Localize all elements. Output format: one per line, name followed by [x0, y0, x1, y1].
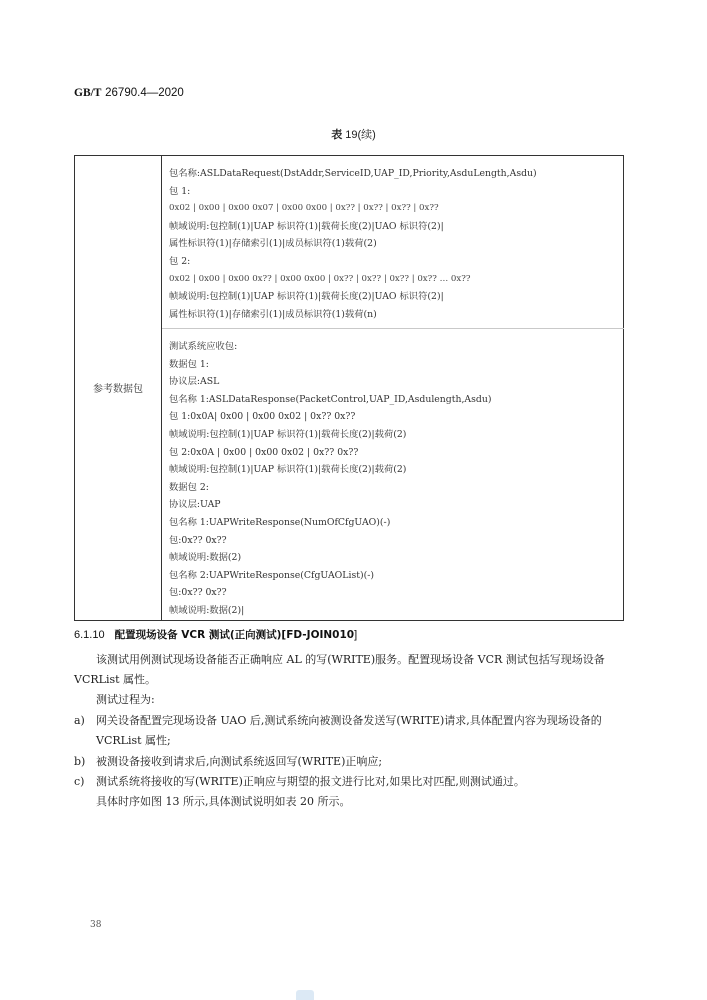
- standard-prefix: GB/T: [74, 87, 101, 99]
- request-block: 包名称:ASLDataRequest(DstAddr,ServiceID,UAP…: [162, 156, 624, 329]
- standard-number: 26790.4—2020: [105, 87, 184, 99]
- section-number: 6.1.10: [74, 629, 105, 641]
- step-marker: c): [74, 772, 84, 792]
- response-line: 协议层:ASL: [169, 373, 623, 391]
- response-line: 帧域说明:包控制(1)|UAP 标识符(1)|载荷长度(2)|载荷(2): [169, 426, 623, 444]
- response-line: 帧域说明:数据(2): [169, 549, 623, 567]
- response-line: 包:0x?? 0x??: [169, 532, 623, 550]
- request-line: 属性标识符(1)|存储索引(1)|成员标识符(1)载荷(2): [169, 235, 623, 253]
- response-line: 包名称 1:ASLDataResponse(PacketControl,UAP_…: [169, 391, 623, 409]
- request-line: 包 1:: [169, 183, 623, 201]
- request-line: 帧域说明:包控制(1)|UAP 标识符(1)|载荷长度(2)|UAO 标识符(2…: [169, 218, 623, 236]
- section-title-close: ]: [354, 629, 357, 641]
- response-line: 包名称 1:UAPWriteResponse(NumOfCfgUAO)(-): [169, 514, 623, 532]
- step-b: b) 被测设备接收到请求后,向测试系统返回写(WRITE)正响应;: [74, 752, 614, 772]
- table-caption: 表 19(续): [0, 126, 707, 142]
- section-code: FD-JOIN010: [286, 629, 354, 641]
- request-hex-line: 0x02 | 0x00 | 0x00 0x?? | 0x00 0x00 | 0x…: [169, 271, 623, 289]
- table-number: 19(续): [345, 129, 376, 141]
- response-line: 测试系统应收包:: [169, 338, 623, 356]
- request-hex-line: 0x02 | 0x00 | 0x00 0x07 | 0x00 0x00 | 0x…: [169, 200, 623, 218]
- step-a: a) 网关设备配置完现场设备 UAO 后,测试系统向被测设备发送写(WRITE)…: [74, 711, 614, 751]
- row-label-cell: 参考数据包: [75, 156, 162, 621]
- response-line: 协议层:UAP: [169, 496, 623, 514]
- request-line: 帧域说明:包控制(1)|UAP 标识符(1)|载荷长度(2)|UAO 标识符(2…: [169, 288, 623, 306]
- section-heading: 6.1.10配置现场设备 VCR 测试(正向测试)[FD-JOIN010]: [74, 627, 357, 642]
- request-line: 属性标识符(1)|存储索引(1)|成员标识符(1)载荷(n): [169, 306, 623, 324]
- table-row-request: 参考数据包 包名称:ASLDataRequest(DstAddr,Service…: [75, 156, 624, 329]
- response-line: 帧域说明:数据(2)|: [169, 602, 623, 620]
- step-text: 测试系统将接收的写(WRITE)正响应与期望的报文进行比对,如果比对匹配,则测试…: [96, 772, 614, 792]
- response-line: 包:0x?? 0x??: [169, 584, 623, 602]
- response-line: 包 2:0x0A | 0x00 | 0x00 0x02 | 0x?? 0x??: [169, 444, 623, 462]
- section-title-text: 配置现场设备 VCR 测试(正向测试)[: [115, 629, 287, 641]
- response-line: 数据包 1:: [169, 356, 623, 374]
- row-label: 参考数据包: [93, 384, 143, 395]
- step-marker: b): [74, 752, 85, 772]
- response-line: 帧域说明:包控制(1)|UAP 标识符(1)|载荷长度(2)|载荷(2): [169, 461, 623, 479]
- response-block: 测试系统应收包: 数据包 1: 协议层:ASL 包名称 1:ASLDataRes…: [162, 329, 624, 621]
- procedure-label: 测试过程为:: [74, 690, 634, 710]
- step-text: 网关设备配置完现场设备 UAO 后,测试系统向被测设备发送写(WRITE)请求,…: [96, 711, 614, 751]
- intro-paragraph: 该测试用例测试现场设备能否正确响应 AL 的写(WRITE)服务。配置现场设备 …: [74, 650, 634, 690]
- step-c: c) 测试系统将接收的写(WRITE)正响应与期望的报文进行比对,如果比对匹配,…: [74, 772, 614, 792]
- closing-paragraph: 具体时序如图 13 所示,具体测试说明如表 20 所示。: [96, 792, 656, 812]
- step-marker: a): [74, 711, 85, 731]
- table-label: 表: [331, 129, 342, 141]
- step-text: 被测设备接收到请求后,向测试系统返回写(WRITE)正响应;: [96, 752, 614, 772]
- standard-header: GB/T 26790.4—2020: [74, 85, 184, 99]
- page-edge-marker: [296, 990, 314, 1000]
- request-line: 包名称:ASLDataRequest(DstAddr,ServiceID,UAP…: [169, 165, 623, 183]
- response-line: 数据包 2:: [169, 479, 623, 497]
- reference-data-table: 参考数据包 包名称:ASLDataRequest(DstAddr,Service…: [74, 155, 624, 621]
- response-line: 包 1:0x0A| 0x00 | 0x00 0x02 | 0x?? 0x??: [169, 408, 623, 426]
- response-line: 包名称 2:UAPWriteResponse(CfgUAOList)(-): [169, 567, 623, 585]
- page-number: 38: [90, 920, 101, 930]
- request-line: 包 2:: [169, 253, 623, 271]
